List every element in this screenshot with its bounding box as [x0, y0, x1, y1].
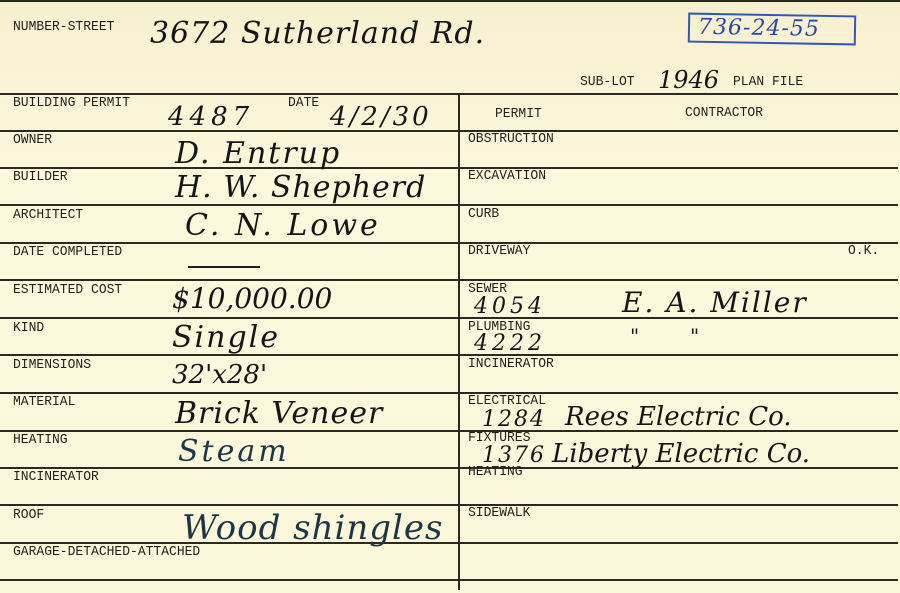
- material-value: Brick Veneer: [175, 396, 383, 431]
- rule-line: [0, 242, 898, 244]
- builder-value: H. W. Shepherd: [175, 170, 426, 205]
- contractor-column-header: CONTRACTOR: [685, 105, 763, 121]
- rule-line: [0, 279, 898, 281]
- date-completed-dash: [188, 266, 260, 268]
- rule-line: [0, 167, 898, 169]
- architect-label: ARCHITECT: [13, 207, 83, 223]
- heating-permit-label: HEATING: [468, 464, 523, 480]
- date-label: DATE: [288, 95, 319, 111]
- dimensions-value: 32'x28': [172, 360, 267, 390]
- rule-line: [0, 204, 898, 206]
- sewer-contractor: E. A. Miller: [622, 286, 808, 319]
- fixtures-contractor: Liberty Electric Co.: [552, 439, 810, 469]
- plumbing-contractor: " ": [630, 324, 699, 348]
- roof-label: ROOF: [13, 507, 44, 523]
- rule-line: [0, 130, 898, 132]
- obstruction-label: OBSTRUCTION: [468, 131, 554, 147]
- excavation-label: EXCAVATION: [468, 168, 546, 184]
- sub-lot-value: 1946: [658, 66, 719, 94]
- sewer-permit: 4054: [474, 294, 546, 319]
- date-value: 4/2/30: [330, 102, 432, 132]
- incinerator-permit-label: INCINERATOR: [468, 356, 554, 372]
- incinerator-label: INCINERATOR: [13, 469, 99, 485]
- kind-value: Single: [172, 320, 280, 355]
- material-label: MATERIAL: [13, 394, 75, 410]
- permit-card: NUMBER-STREET 3672 Sutherland Rd. 736-24…: [0, 0, 900, 593]
- driveway-status: O.K.: [848, 243, 879, 259]
- heating-label: HEATING: [13, 432, 68, 448]
- kind-label: KIND: [13, 320, 44, 336]
- rule-line: [0, 504, 898, 506]
- rule-line: [0, 579, 898, 581]
- roof-value: Wood shingles: [182, 508, 443, 548]
- number-street-label: NUMBER-STREET: [13, 19, 114, 35]
- electrical-contractor: Rees Electric Co.: [565, 402, 792, 432]
- driveway-label: DRIVEWAY: [468, 243, 530, 259]
- electrical-permit: 1284: [482, 407, 546, 432]
- sidewalk-label: SIDEWALK: [468, 505, 530, 521]
- estimated-cost-label: ESTIMATED COST: [13, 282, 122, 298]
- builder-label: BUILDER: [13, 169, 68, 185]
- plumbing-permit: 4222: [474, 331, 546, 356]
- column-divider: [458, 93, 460, 590]
- architect-value: C. N. Lowe: [185, 208, 381, 243]
- stamp-number: 736-24-55: [698, 15, 820, 42]
- number-street-value: 3672 Sutherland Rd.: [150, 16, 485, 51]
- estimated-cost-value: $10,000.00: [172, 282, 332, 315]
- electrical-label: ELECTRICAL: [468, 393, 546, 409]
- owner-value: D. Entrup: [175, 136, 341, 171]
- building-permit-label: BUILDING PERMIT: [13, 95, 130, 111]
- rule-line: [0, 93, 898, 95]
- curb-label: CURB: [468, 206, 499, 222]
- building-permit-value: 4487: [168, 102, 254, 132]
- rule-line: [0, 392, 898, 394]
- owner-label: OWNER: [13, 132, 52, 148]
- stamp-box: 736-24-55: [688, 13, 856, 46]
- permit-column-header: PERMIT: [495, 106, 542, 122]
- sub-lot-label: SUB-LOT: [580, 74, 635, 90]
- rule-line: [0, 354, 898, 356]
- heating-value: Steam: [178, 434, 290, 469]
- garage-label: GARAGE-DETACHED-ATTACHED: [13, 544, 200, 560]
- dimensions-label: DIMENSIONS: [13, 357, 91, 373]
- date-completed-label: DATE COMPLETED: [13, 244, 122, 260]
- plan-file-label: PLAN FILE: [733, 74, 803, 90]
